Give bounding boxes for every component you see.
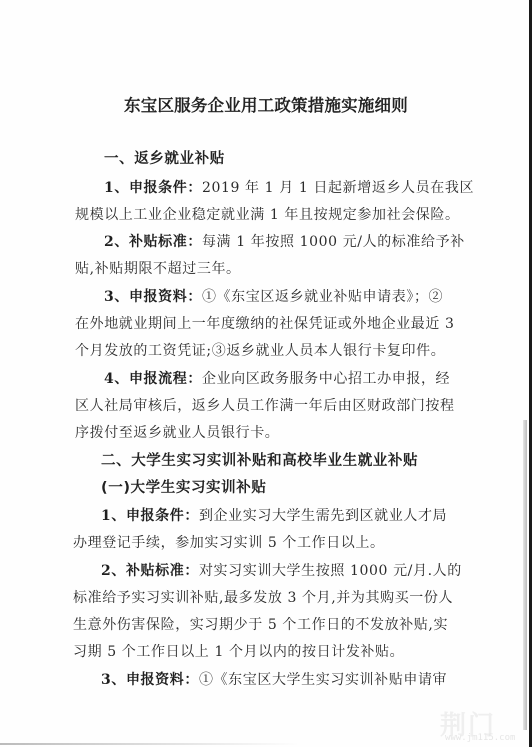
item-label: 3、申报资料： bbox=[104, 289, 202, 305]
paragraph-line: 区人社局审核后，返乡人员工作满一年后由区财政部门按程 bbox=[75, 397, 455, 415]
document-page: 东宝区服务企业用工政策措施实施细则 一、返乡就业补贴 1、申报条件：2019 年… bbox=[0, 0, 532, 747]
item-text: 到企业实习大学生需先到区就业人才局 bbox=[199, 508, 447, 524]
item-label: 2、补贴标准： bbox=[104, 234, 202, 250]
paragraph-line: 3、申报资料：①《东宝区大学生实习实训补贴申请审 bbox=[101, 671, 447, 689]
paragraph-line: 序拨付至返乡就业人员银行卡。 bbox=[75, 424, 279, 442]
item-label: 1、申报条件： bbox=[101, 508, 199, 524]
item-text: 每满 1 年按照 1000 元/人的标准给予补 bbox=[202, 234, 465, 250]
paragraph-line: 在外地就业期间上一年度缴纳的社保凭证或外地企业最近 3 bbox=[75, 315, 455, 333]
subsection-heading: (一)大学生实习实训补贴 bbox=[101, 479, 266, 497]
item-text: ①《东宝区返乡就业补贴申请表》；② bbox=[202, 289, 443, 305]
paragraph-line: 办理登记手续，参加实习实训 5 个工作日以上。 bbox=[73, 534, 385, 552]
item-text: ①《东宝区大学生实习实训补贴申请审 bbox=[199, 672, 447, 688]
section-heading: 二、大学生实习实训补贴和高校毕业生就业补贴 bbox=[101, 452, 418, 470]
section-heading: 一、返乡就业补贴 bbox=[104, 150, 225, 168]
document-title: 东宝区服务企业用工政策措施实施细则 bbox=[0, 92, 532, 116]
paragraph-line: 4、申报流程：企业向区政务服务中心招工办申报，经 bbox=[104, 370, 450, 388]
paragraph-line: 1、申报条件：2019 年 1 月 1 日起新增返乡人员在我区 bbox=[104, 179, 474, 197]
watermark-url: www.jm115.com bbox=[445, 733, 515, 743]
item-text: 对实习实训大学生按照 1000 元/月.人的 bbox=[199, 563, 462, 579]
page-fold-shadow bbox=[523, 420, 527, 730]
paragraph-line: 1、申报条件：到企业实习大学生需先到区就业人才局 bbox=[101, 507, 447, 525]
paragraph-line: 规模以上工业企业稳定就业满 1 年且按规定参加社会保险。 bbox=[75, 206, 460, 224]
paragraph-line: 2、补贴标准：对实习实训大学生按照 1000 元/月.人的 bbox=[101, 562, 462, 580]
paragraph-line: 3、申报资料：①《东宝区返乡就业补贴申请表》；② bbox=[104, 288, 443, 306]
paragraph-line: 生意外伤害保险，实习期少于 5 个工作日的不发放补贴,实 bbox=[73, 616, 448, 634]
item-text: 企业向区政务服务中心招工办申报，经 bbox=[202, 371, 450, 387]
item-text: 2019 年 1 月 1 日起新增返乡人员在我区 bbox=[202, 180, 474, 196]
paragraph-line: 个月发放的工资凭证;③返乡就业人员本人银行卡复印件。 bbox=[75, 342, 445, 360]
item-label: 3、申报资料： bbox=[101, 672, 199, 688]
paragraph-line: 习期 5 个工作日以上 1 个月以内的按日计发补贴。 bbox=[73, 643, 404, 661]
item-label: 2、补贴标准： bbox=[101, 563, 199, 579]
paragraph-line: 标准给予实习实训补贴,最多发放 3 个月,并为其购买一份人 bbox=[73, 589, 453, 607]
paragraph-line: 贴,补贴期限不超过三年。 bbox=[75, 260, 241, 278]
item-label: 1、申报条件： bbox=[104, 180, 202, 196]
paragraph-line: 2、补贴标准：每满 1 年按照 1000 元/人的标准给予补 bbox=[104, 233, 465, 251]
item-label: 4、申报流程： bbox=[104, 371, 202, 387]
page-bottom-shadow bbox=[0, 743, 300, 745]
